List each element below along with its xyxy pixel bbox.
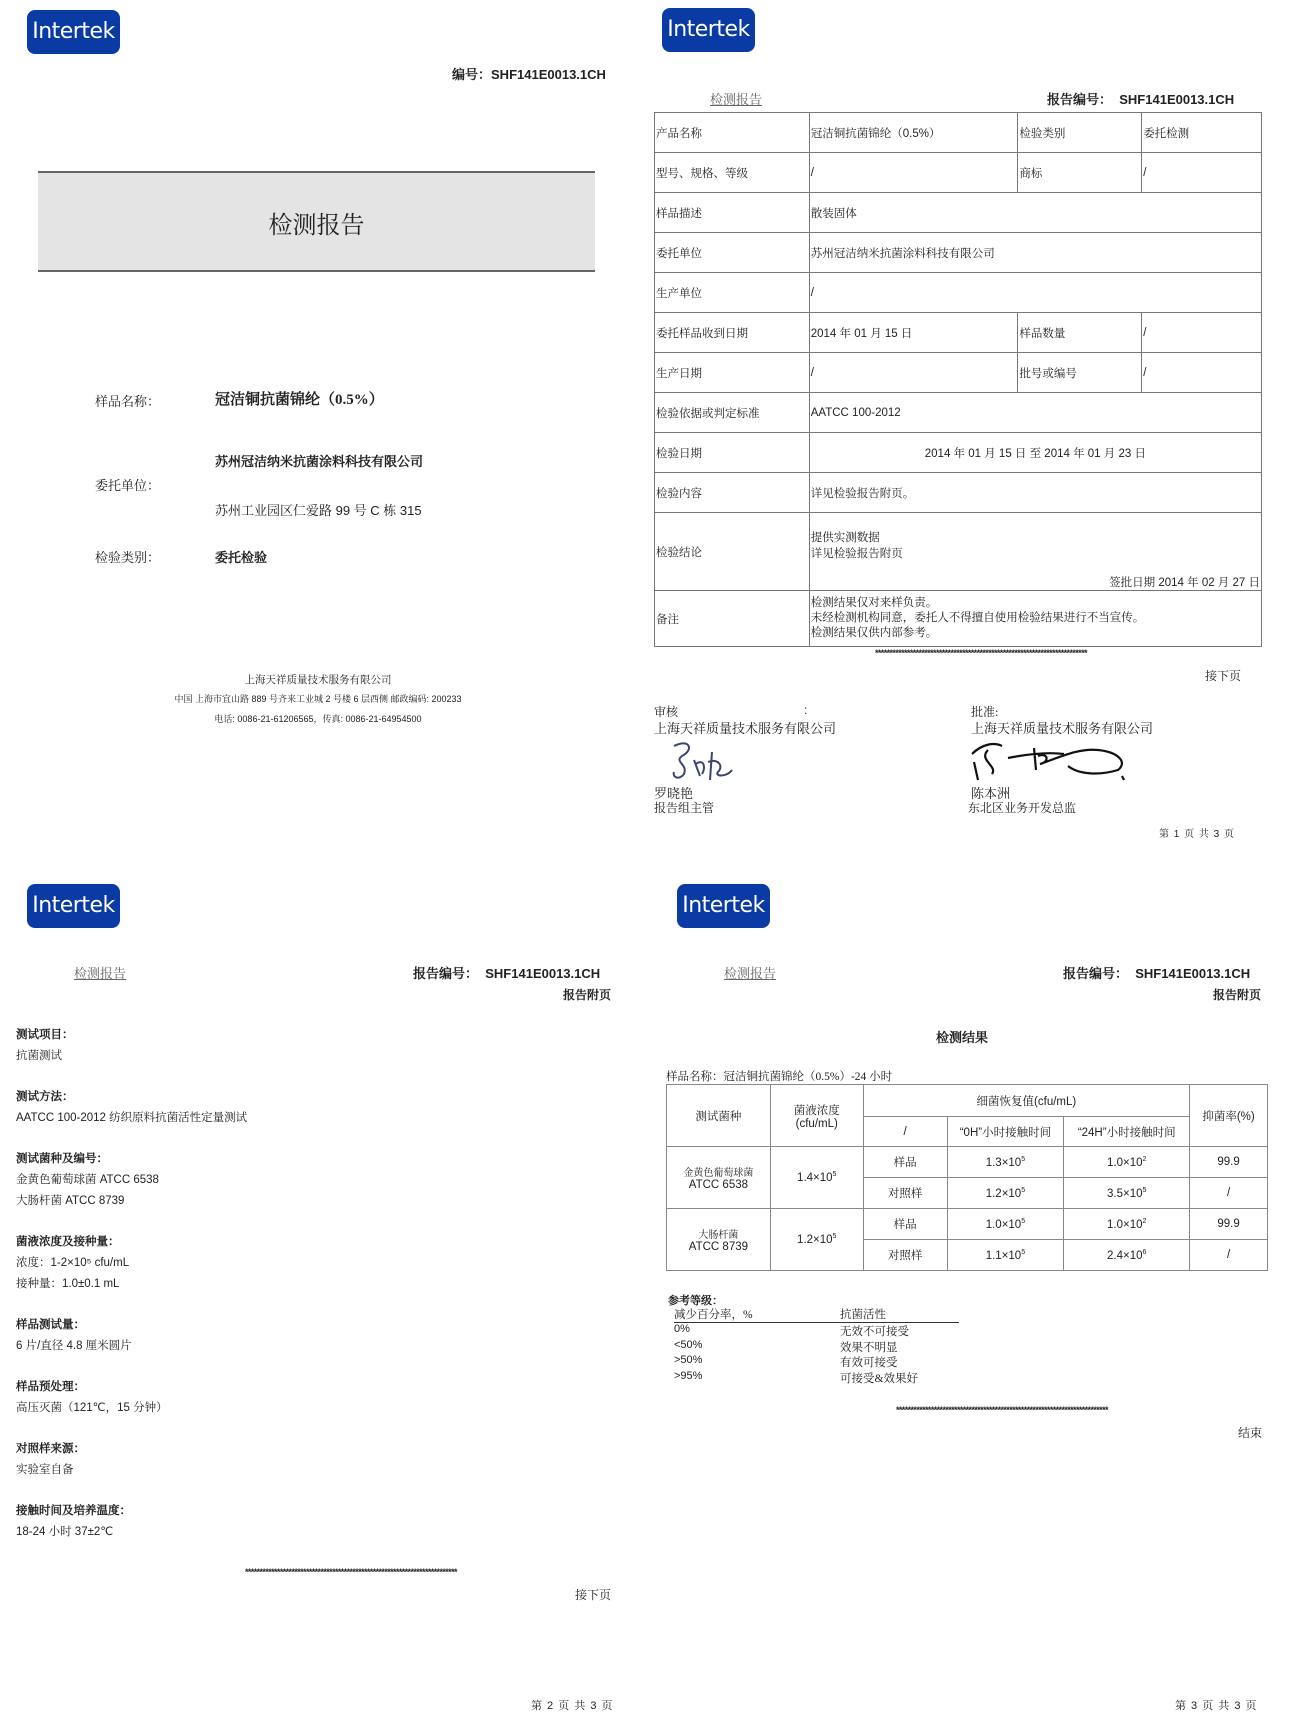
field-value-client: 苏州冠洁纳米抗菌涂料科技有限公司 [215, 451, 423, 470]
table-row-remarks: 备注 检测结果仅对来样负责。 未经检测机构同意，委托人不得擅自使用检验结果进行不… [655, 591, 1262, 647]
field-value-client-address: 苏州工业园区仁爱路 99 号 C 栋 315 [215, 500, 422, 519]
intertek-logo: Intertek [662, 8, 755, 52]
report-number-value: SHF141E0013.1CH [485, 966, 600, 981]
table-row: 生产日期 / 批号或编号 / [655, 353, 1262, 393]
row-value: AATCC 100-2012 [809, 393, 1261, 433]
row-value: 委托检测 [1142, 113, 1262, 153]
report-number-value: SHF141E0013.1CH [491, 67, 606, 82]
header-conc-unit: (cfu/mL) [771, 1118, 863, 1130]
section-line: 18-24 小时 37±2℃ [16, 1523, 113, 1539]
conclusion-line: 提供实测数据 [811, 529, 1260, 545]
row-label: 检验结论 [655, 513, 810, 591]
inhibition-rate: 99.9 [1190, 1209, 1268, 1240]
row-value: / [1142, 353, 1262, 393]
row-label: 样品描述 [655, 193, 810, 233]
row-value: 2014 年 01 月 15 日 至 2014 年 01 月 23 日 [809, 433, 1261, 473]
footer-contact: 电话: 0086-21-61206565，传真: 0086-21-6495450… [0, 712, 636, 725]
table-row: 检验内容 详见检验报告附页。 [655, 473, 1262, 513]
strain-cell: 金黄色葡萄球菌ATCC 6538 [667, 1147, 771, 1209]
remark-line: 检测结果仅供内部参考。 [811, 626, 1260, 641]
table-row: 金黄色葡萄球菌ATCC 65381.4×105样品1.3×1051.0×1029… [667, 1147, 1268, 1178]
row-label: 生产日期 [655, 353, 810, 393]
section-line: AATCC 100-2012 纺织原料抗菌活性定量测试 [16, 1109, 247, 1125]
page-number: 第 1 页 共 3 页 [1159, 825, 1235, 840]
section-line: 金黄色葡萄球菌 ATCC 6538 [16, 1171, 159, 1187]
section-heading: 测试项目： [16, 1026, 74, 1042]
inhibition-rate: 99.9 [1190, 1147, 1268, 1178]
report-number: 报告编号： SHF141E0013.1CH [413, 963, 600, 982]
section-line: 抗菌测试 [16, 1047, 62, 1063]
row-value: / [809, 353, 1018, 393]
value-0h: 1.2×105 [947, 1178, 1064, 1209]
section-heading: 测试方法： [16, 1088, 74, 1104]
inhibition-rate: / [1190, 1178, 1268, 1209]
value-24h-exponent: 2 [1143, 1156, 1147, 1163]
footer-address: 中国 上海市宜山路 889 号齐来工业城 2 号楼 6 层西侧 邮政编码: 20… [0, 692, 636, 705]
reference-pct: 0% [674, 1323, 690, 1335]
inhibition-rate: / [1190, 1240, 1268, 1271]
value-0h: 1.0×105 [947, 1209, 1064, 1240]
report-number: 报告编号： SHF141E0013.1CH [1047, 89, 1234, 108]
value-24h-mantissa: 1.0×10 [1107, 1156, 1143, 1168]
section-line: 实验室自备 [16, 1461, 74, 1477]
header-title: 检测报告 [74, 963, 126, 982]
header-slash: / [863, 1117, 947, 1147]
value-24h-exponent: 2 [1143, 1218, 1147, 1225]
report-number-label: 编号： [452, 67, 491, 82]
section-line: 6 片/直径 4.8 厘米圆片 [16, 1337, 132, 1353]
section-line: 大肠杆菌 ATCC 8739 [16, 1192, 124, 1208]
table-row: 产品名称 冠洁铜抗菌锦纶（0.5%） 检验类别 委托检测 [655, 113, 1262, 153]
section-heading: 菌液浓度及接种量： [16, 1233, 120, 1249]
table-row: 样品描述 散装固体 [655, 193, 1262, 233]
field-label-sample-name: 样品名称： [95, 391, 160, 410]
sign-date: 签批日期 2014 年 02 月 27 日 [811, 574, 1260, 590]
row-value: / [1142, 153, 1262, 193]
table-row-conclusion: 检验结论 提供实测数据 详见检验报告附页 签批日期 2014 年 02 月 27… [655, 513, 1262, 591]
cover-title-box: 检测报告 [38, 171, 595, 272]
row-value: / [1142, 313, 1262, 353]
value-24h-exponent: 5 [1143, 1187, 1147, 1194]
row-value: 苏州冠洁纳米抗菌涂料科技有限公司 [809, 233, 1261, 273]
end-stars: ****************************************… [896, 1405, 1108, 1415]
value-0h-mantissa: 1.3×10 [986, 1156, 1022, 1168]
strain-name: 金黄色葡萄球菌 [667, 1164, 770, 1179]
value-24h-exponent: 6 [1143, 1249, 1147, 1256]
table-row: 委托样品收到日期 2014 年 01 月 15 日 样品数量 / [655, 313, 1262, 353]
value-24h: 3.5×105 [1064, 1178, 1190, 1209]
conc-cell: 1.4×105 [770, 1147, 863, 1209]
table-row: 委托单位 苏州冠洁纳米抗菌涂料科技有限公司 [655, 233, 1262, 273]
intertek-logo: Intertek [677, 884, 770, 928]
approve-signature [968, 740, 1148, 784]
header-conc-label: 菌液浓度 [771, 1102, 863, 1118]
reference-col1: 减少百分率，% [674, 1306, 753, 1322]
conclusion-line: 详见检验报告附页 [811, 545, 1260, 561]
row-value: / [809, 273, 1261, 313]
row-label: 样品数量 [1018, 313, 1142, 353]
intertek-logo: Intertek [27, 10, 120, 54]
section-line: 浓度：1-2×10⁵ cfu/mL [16, 1254, 129, 1270]
end-stars: ****************************************… [245, 1567, 457, 1577]
value-0h-mantissa: 1.1×10 [986, 1249, 1022, 1261]
table-row: 型号、规格、等级 / 商标 / [655, 153, 1262, 193]
remark-line: 未经检测机构同意，委托人不得擅自使用检验结果进行不当宣传。 [811, 611, 1260, 626]
row-label: 批号或编号 [1018, 353, 1142, 393]
review-company: 上海天祥质量技术服务有限公司 [654, 718, 836, 737]
value-0h-exponent: 5 [1021, 1156, 1025, 1163]
report-number-label: 报告编号： [1063, 966, 1128, 981]
header-strain: 测试菌种 [667, 1085, 771, 1147]
report-number-label: 报告编号： [1047, 92, 1112, 107]
section-heading: 样品测试量： [16, 1316, 85, 1332]
report-number-value: SHF141E0013.1CH [1119, 92, 1234, 107]
reference-activity: 无效不可接受 [840, 1323, 909, 1339]
page-number: 第 3 页 共 3 页 [1175, 1697, 1258, 1713]
end-label: 结束 [1238, 1424, 1262, 1441]
row-label: 型号、规格、等级 [655, 153, 810, 193]
report-number-value: SHF141E0013.1CH [1135, 966, 1250, 981]
field-value-test-type: 委托检验 [215, 547, 267, 566]
row-label: 产品名称 [655, 113, 810, 153]
value-0h: 1.1×105 [947, 1240, 1064, 1271]
remark-line: 检测结果仅对来样负责。 [811, 596, 1260, 611]
report-number-label: 报告编号： [413, 966, 478, 981]
section-heading: 测试菌种及编号： [16, 1150, 108, 1166]
report-number: 报告编号： SHF141E0013.1CH [1063, 963, 1250, 982]
results-title: 检测结果 [936, 1027, 988, 1046]
section-heading: 接触时间及培养温度： [16, 1502, 131, 1518]
reference-activity: 效果不明显 [840, 1339, 898, 1355]
section-line: 高压灭菌（121℃，15 分钟） [16, 1399, 168, 1415]
value-0h: 1.3×105 [947, 1147, 1064, 1178]
strain-cell: 大肠杆菌ATCC 8739 [667, 1209, 771, 1271]
value-24h: 2.4×106 [1064, 1240, 1190, 1271]
strain-name: 大肠杆菌 [667, 1226, 770, 1241]
reference-activity: 有效可接受 [840, 1354, 898, 1370]
row-label: 委托样品收到日期 [655, 313, 810, 353]
row-label: 委托单位 [655, 233, 810, 273]
conc-value: 1.2×10 [797, 1234, 833, 1246]
end-stars: ****************************************… [875, 648, 1087, 658]
header-title: 检测报告 [710, 89, 762, 108]
header-title: 检测报告 [724, 963, 776, 982]
value-24h-mantissa: 1.0×10 [1107, 1218, 1143, 1230]
table-row: 检验日期 2014 年 01 月 15 日 至 2014 年 01 月 23 日 [655, 433, 1262, 473]
header-conc: 菌液浓度(cfu/mL) [770, 1085, 863, 1147]
reference-pct: >50% [674, 1354, 702, 1366]
row-value: 散装固体 [809, 193, 1261, 233]
table-row: 大肠杆菌ATCC 87391.2×105样品1.0×1051.0×10299.9 [667, 1209, 1268, 1240]
continue-label: 接下页 [1205, 667, 1241, 684]
value-0h-mantissa: 1.0×10 [986, 1218, 1022, 1230]
strain-code: ATCC 8739 [667, 1241, 770, 1253]
sample-type: 对照样 [863, 1240, 947, 1271]
row-label: 检验依据或判定标准 [655, 393, 810, 433]
report-summary-table: 产品名称 冠洁铜抗菌锦纶（0.5%） 检验类别 委托检测 型号、规格、等级 / … [654, 112, 1262, 647]
reference-pct: <50% [674, 1339, 702, 1351]
value-24h: 1.0×102 [1064, 1147, 1190, 1178]
value-0h-exponent: 5 [1021, 1187, 1025, 1194]
reference-col2: 抗菌活性 [840, 1306, 886, 1322]
row-label: 检验类别 [1018, 113, 1142, 153]
header-0h: “0H”小时接触时间 [947, 1117, 1064, 1147]
strain-code: ATCC 6538 [667, 1179, 770, 1191]
value-24h-mantissa: 3.5×10 [1107, 1187, 1143, 1199]
reference-activity: 可接受&效果好 [840, 1370, 918, 1386]
field-label-test-type: 检验类别： [95, 547, 160, 566]
value-24h-mantissa: 2.4×10 [1107, 1249, 1143, 1261]
field-value-sample-name: 冠洁铜抗菌锦纶（0.5%） [215, 388, 384, 409]
review-signature [660, 740, 750, 784]
row-label: 检验日期 [655, 433, 810, 473]
approve-position: 东北区业务开发总监 [968, 799, 1076, 816]
header-24h: “24H”小时接触时间 [1064, 1117, 1190, 1147]
section-heading: 样品预处理： [16, 1378, 85, 1394]
row-label: 检验内容 [655, 473, 810, 513]
footer-company: 上海天祥质量技术服务有限公司 [0, 672, 636, 687]
row-value: 冠洁铜抗菌锦纶（0.5%） [809, 113, 1018, 153]
section-heading: 对照样来源： [16, 1440, 85, 1456]
conc-cell: 1.2×105 [770, 1209, 863, 1271]
sample-type: 对照样 [863, 1178, 947, 1209]
results-table: 测试菌种 菌液浓度(cfu/mL) 细菌恢复值(cfu/mL) 抑菌率(%) /… [666, 1084, 1268, 1271]
header-rate: 抑菌率(%) [1190, 1085, 1268, 1147]
review-position: 报告组主管 [654, 799, 714, 816]
subheader: 报告附页 [1213, 986, 1261, 1003]
row-value: 2014 年 01 月 15 日 [809, 313, 1018, 353]
row-value: / [809, 153, 1018, 193]
approve-company: 上海天祥质量技术服务有限公司 [971, 718, 1153, 737]
cover-title: 检测报告 [38, 205, 595, 240]
review-colon: : [804, 703, 807, 717]
row-label: 生产单位 [655, 273, 810, 313]
subheader: 报告附页 [563, 986, 611, 1003]
section-line: 接种量：1.0±0.1 mL [16, 1275, 119, 1291]
conc-exponent: 5 [833, 1171, 837, 1178]
continue-label: 接下页 [575, 1586, 611, 1603]
sample-line: 样品名称：冠洁铜抗菌锦纶（0.5%）-24 小时 [666, 1068, 892, 1084]
row-label: 商标 [1018, 153, 1142, 193]
value-0h-exponent: 5 [1021, 1218, 1025, 1225]
field-label-client: 委托单位： [95, 475, 160, 494]
table-row: 生产单位 / [655, 273, 1262, 313]
reference-header: 减少百分率，% 抗菌活性 [674, 1306, 959, 1323]
sample-type: 样品 [863, 1209, 947, 1240]
row-value: 详见检验报告附页。 [809, 473, 1261, 513]
value-0h-exponent: 5 [1021, 1249, 1025, 1256]
conc-value: 1.4×10 [797, 1172, 833, 1184]
row-value: 提供实测数据 详见检验报告附页 签批日期 2014 年 02 月 27 日 [809, 513, 1261, 591]
reference-pct: >95% [674, 1370, 702, 1382]
conc-exponent: 5 [833, 1233, 837, 1240]
page-number: 第 2 页 共 3 页 [531, 1697, 614, 1713]
row-label: 备注 [655, 591, 810, 647]
value-0h-mantissa: 1.2×10 [986, 1187, 1022, 1199]
row-value: 检测结果仅对来样负责。 未经检测机构同意，委托人不得擅自使用检验结果进行不当宣传… [809, 591, 1261, 647]
report-number: 编号：SHF141E0013.1CH [452, 64, 606, 83]
table-row: 检验依据或判定标准 AATCC 100-2012 [655, 393, 1262, 433]
value-24h: 1.0×102 [1064, 1209, 1190, 1240]
header-recovery: 细菌恢复值(cfu/mL) [863, 1085, 1189, 1117]
sample-type: 样品 [863, 1147, 947, 1178]
intertek-logo: Intertek [27, 884, 120, 928]
